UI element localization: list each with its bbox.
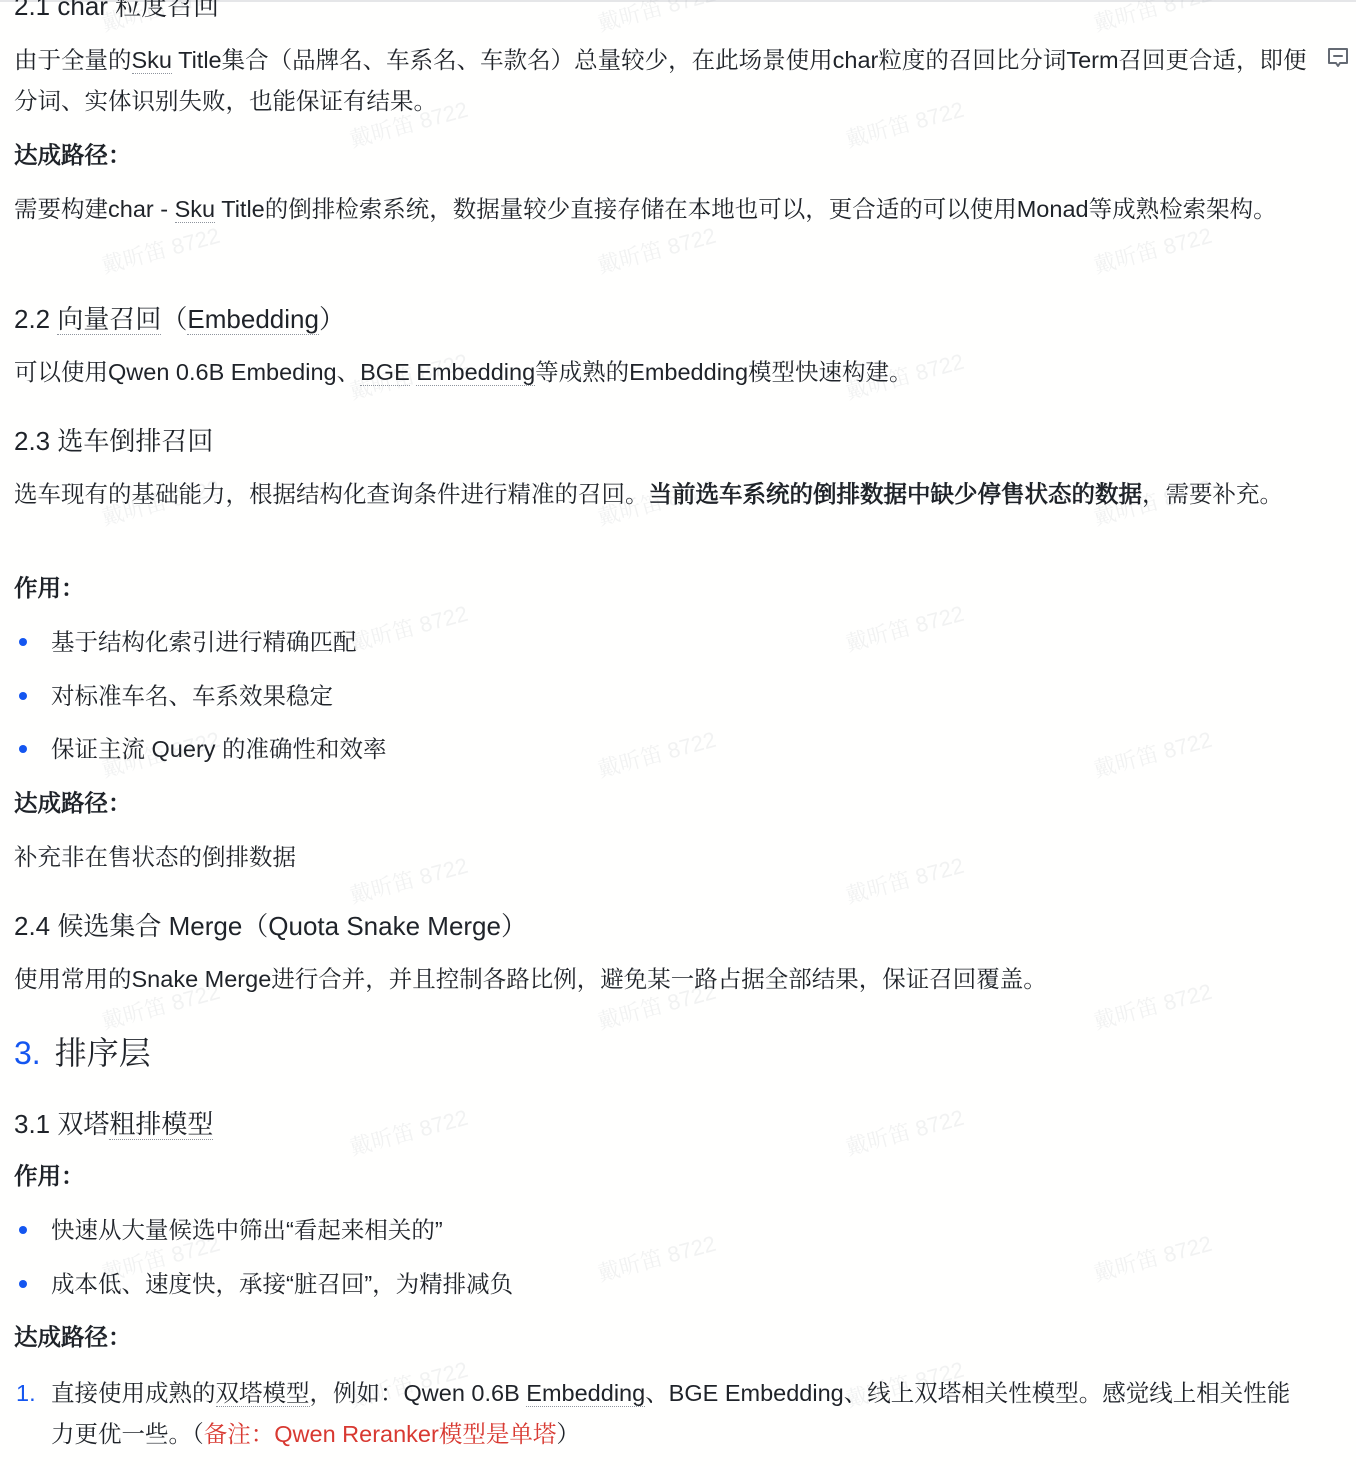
- text: 由于全量的: [14, 47, 132, 73]
- text: ，例如：Qwen 0.6B: [310, 1380, 527, 1406]
- term-link[interactable]: Sku: [175, 196, 216, 223]
- bullet-icon: [19, 1226, 27, 1234]
- note-text: 备注：Qwen Reranker模型是单塔: [204, 1421, 557, 1447]
- bullet-icon: [19, 638, 27, 646]
- list-item-text: 快速从大量候选中筛出“看起来相关的”: [51, 1217, 443, 1243]
- comment-icon[interactable]: [1326, 46, 1350, 70]
- term-link[interactable]: BGE: [360, 359, 410, 386]
- list-number: 1.: [16, 1373, 36, 1414]
- paragraph-2-2: 可以使用Qwen 0.6B Embeding、BGE Embedding等成熟的…: [14, 352, 1308, 393]
- path-label: 达成路径：: [14, 1319, 1308, 1355]
- paragraph-2-3-path: 补充非在售状态的倒排数据: [14, 837, 1308, 878]
- paragraph-2-4: 使用常用的Snake Merge进行合并，并且控制各路比例，避免某一路占据全部结…: [14, 959, 1308, 1000]
- term-link[interactable]: Embedding: [526, 1380, 645, 1407]
- text: 可以使用Qwen 0.6B Embeding、: [14, 359, 360, 385]
- term-link[interactable]: Embedding: [187, 304, 319, 335]
- list-item: 对标准车名、车系效果稳定: [14, 678, 1308, 714]
- text: 3.1 双塔: [14, 1109, 109, 1139]
- paragraph-2-1-path: 需要构建char - Sku Title的倒排检索系统，数据量较少直接存储在本地…: [14, 189, 1308, 230]
- term-link[interactable]: 向量召回: [57, 304, 161, 335]
- text: 选车现有的基础能力，根据结构化查询条件进行精准的召回。: [14, 481, 649, 507]
- term-link[interactable]: Sku: [132, 47, 173, 74]
- heading-3: 3.排序层: [14, 1031, 1308, 1075]
- ordered-list-item: 1.直接使用成熟的双塔模型，例如：Qwen 0.6B Embedding、BGE…: [14, 1373, 1308, 1455]
- heading-3-1: 3.1 双塔粗排模型: [14, 1106, 1308, 1142]
- paragraph-2-3: 选车现有的基础能力，根据结构化查询条件进行精准的召回。当前选车系统的倒排数据中缺…: [14, 474, 1308, 515]
- text: 等成熟的Embedding模型快速构建。: [535, 359, 912, 385]
- text: 需要构建char -: [14, 196, 175, 222]
- heading-text: 排序层: [55, 1035, 151, 1071]
- heading-2-4: 2.4 候选集合 Merge（Quota Snake Merge）: [14, 908, 1308, 944]
- use-label: 作用：: [14, 570, 1308, 606]
- heading-number: 3.: [14, 1035, 41, 1071]
- text: （: [161, 304, 187, 334]
- bullet-icon: [19, 1280, 27, 1288]
- text: 2.2: [14, 304, 57, 334]
- heading-2-2: 2.2 向量召回（Embedding）: [14, 301, 1308, 337]
- heading-2-1: 2.1 char 粒度召回: [14, 0, 1308, 24]
- list-item-text: 对标准车名、车系效果稳定: [51, 683, 333, 709]
- bold-text: 当前选车系统的倒排数据中缺少停售状态的数据: [649, 481, 1143, 507]
- bullet-icon: [19, 692, 27, 700]
- path-label: 达成路径：: [14, 137, 1308, 173]
- use-label: 作用：: [14, 1158, 1308, 1194]
- text: Title的倒排检索系统，数据量较少直接存储在本地也可以，更合适的可以使用Mon…: [215, 196, 1276, 222]
- list-item-text: 成本低、速度快，承接“脏召回”，为精排减负: [51, 1271, 513, 1297]
- text: ，需要补充。: [1142, 481, 1283, 507]
- path-label: 达成路径：: [14, 785, 1308, 821]
- term-link[interactable]: 双塔模型: [216, 1380, 310, 1407]
- term-link[interactable]: 粗排模型: [109, 1109, 213, 1140]
- list-item: 快速从大量候选中筛出“看起来相关的”: [14, 1212, 1308, 1248]
- heading-2-3: 2.3 选车倒排召回: [14, 423, 1308, 459]
- list-item: 保证主流 Query 的准确性和效率: [14, 731, 1308, 767]
- list-item-text: 保证主流 Query 的准确性和效率: [51, 736, 387, 762]
- text: Title集合（品牌名、车系名、车款名）总量较少，在此场景使用char粒度的召回…: [14, 47, 1307, 114]
- bullet-icon: [19, 745, 27, 753]
- text: ）: [556, 1421, 580, 1447]
- list-item-text: 基于结构化索引进行精确匹配: [51, 629, 357, 655]
- document-page: 戴昕笛 8722 戴昕笛 8722 戴昕笛 8722 戴昕笛 8722 戴昕笛 …: [0, 0, 1356, 1466]
- text: ）: [319, 304, 345, 334]
- text: 直接使用成熟的: [51, 1380, 216, 1406]
- term-link[interactable]: Embedding: [416, 359, 535, 386]
- list-item: 基于结构化索引进行精确匹配: [14, 624, 1308, 660]
- list-item: 成本低、速度快，承接“脏召回”，为精排减负: [14, 1266, 1308, 1302]
- paragraph-2-1: 由于全量的Sku Title集合（品牌名、车系名、车款名）总量较少，在此场景使用…: [14, 40, 1308, 122]
